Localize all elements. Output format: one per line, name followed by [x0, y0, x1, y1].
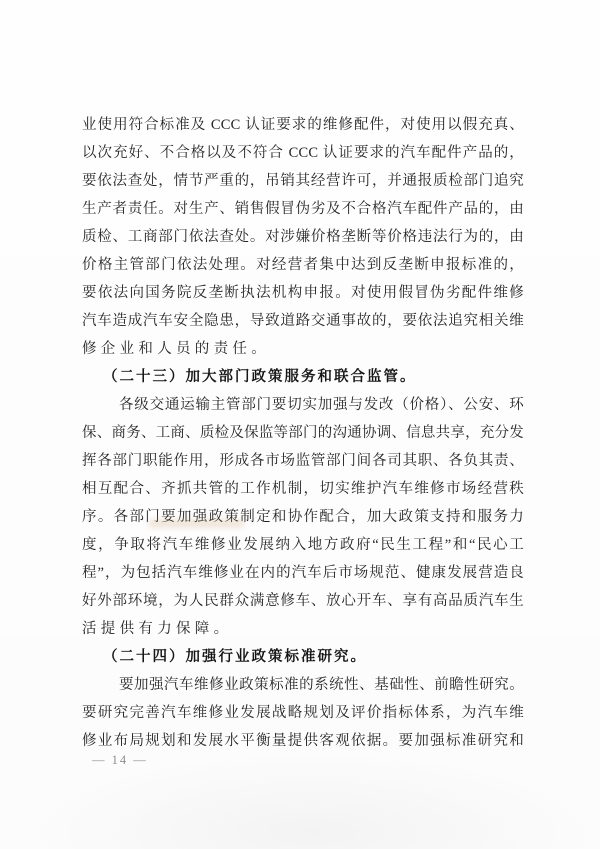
text-line: 各级交通运输主管部门要切实加强与发改（价格）、公安、环	[82, 391, 524, 419]
text-line: 要依法向国务院反垄断执法机构申报。对使用假冒伪劣配件维修	[82, 279, 524, 307]
text-line: 质检、工商部门依法查处。对涉嫌价格垄断等价格违法行为的，由	[82, 223, 524, 251]
section-heading: （二十四）加强行业政策标准研究。	[82, 643, 524, 671]
page-number: — 14 —	[92, 753, 148, 768]
text-line: 度，争取将汽车维修业发展纳入地方政府“民生工程”和“民心工	[82, 531, 524, 559]
text-line: 业使用符合标准及 CCC 认证要求的维修配件，对使用以假充真、	[82, 111, 524, 139]
text-line: 修业布局规划和发展水平衡量提供客观依据。要加强标准研究和	[82, 727, 524, 755]
text-line: 程”，为包括汽车维修业在内的汽车后市场规范、健康发展营造良	[82, 559, 524, 587]
text-line: 生产者责任。对生产、销售假冒伪劣及不合格汽车配件产品的，由	[82, 195, 524, 223]
text-line: 以次充好、不合格以及不符合 CCC 认证要求的汽车配件产品的，	[82, 139, 524, 167]
text-line: 序。各部门要加强政策制定和协作配合，加大政策支持和服务力	[82, 503, 524, 531]
text-line: 要加强汽车维修业政策标准的系统性、基础性、前瞻性研究。	[82, 671, 524, 699]
text-line: 要研究完善汽车维修业发展战略规划及评价指标体系，为汽车维	[82, 699, 524, 727]
paragraph-end-line: 修企业和人员的责任。	[82, 335, 524, 363]
paragraph-end-line: 活提供有力保障。	[82, 615, 524, 643]
text-line: 保、商务、工商、质检及保监等部门的沟通协调、信息共享，充分发	[82, 419, 524, 447]
scanned-document-page: 业使用符合标准及 CCC 认证要求的维修配件，对使用以假充真、 以次充好、不合格…	[0, 0, 600, 849]
section-heading: （二十三）加大部门政策服务和联合监管。	[82, 363, 524, 391]
text-line: 挥各部门职能作用，形成各市场监管部门间各司其职、各负其责、	[82, 447, 524, 475]
document-body: 业使用符合标准及 CCC 认证要求的维修配件，对使用以假充真、 以次充好、不合格…	[82, 111, 524, 755]
text-line: 价格主管部门依法处理。对经营者集中达到反垄断申报标准的，	[82, 251, 524, 279]
text-line: 好外部环境，为人民群众满意修车、放心开车、享有高品质汽车生	[82, 587, 524, 615]
text-line: 相互配合、齐抓共管的工作机制，切实维护汽车维修市场经营秩	[82, 475, 524, 503]
text-line: 汽车造成汽车安全隐患，导致道路交通事故的，要依法追究相关维	[82, 307, 524, 335]
text-line: 要依法查处，情节严重的，吊销其经营许可，并通报质检部门追究	[82, 167, 524, 195]
